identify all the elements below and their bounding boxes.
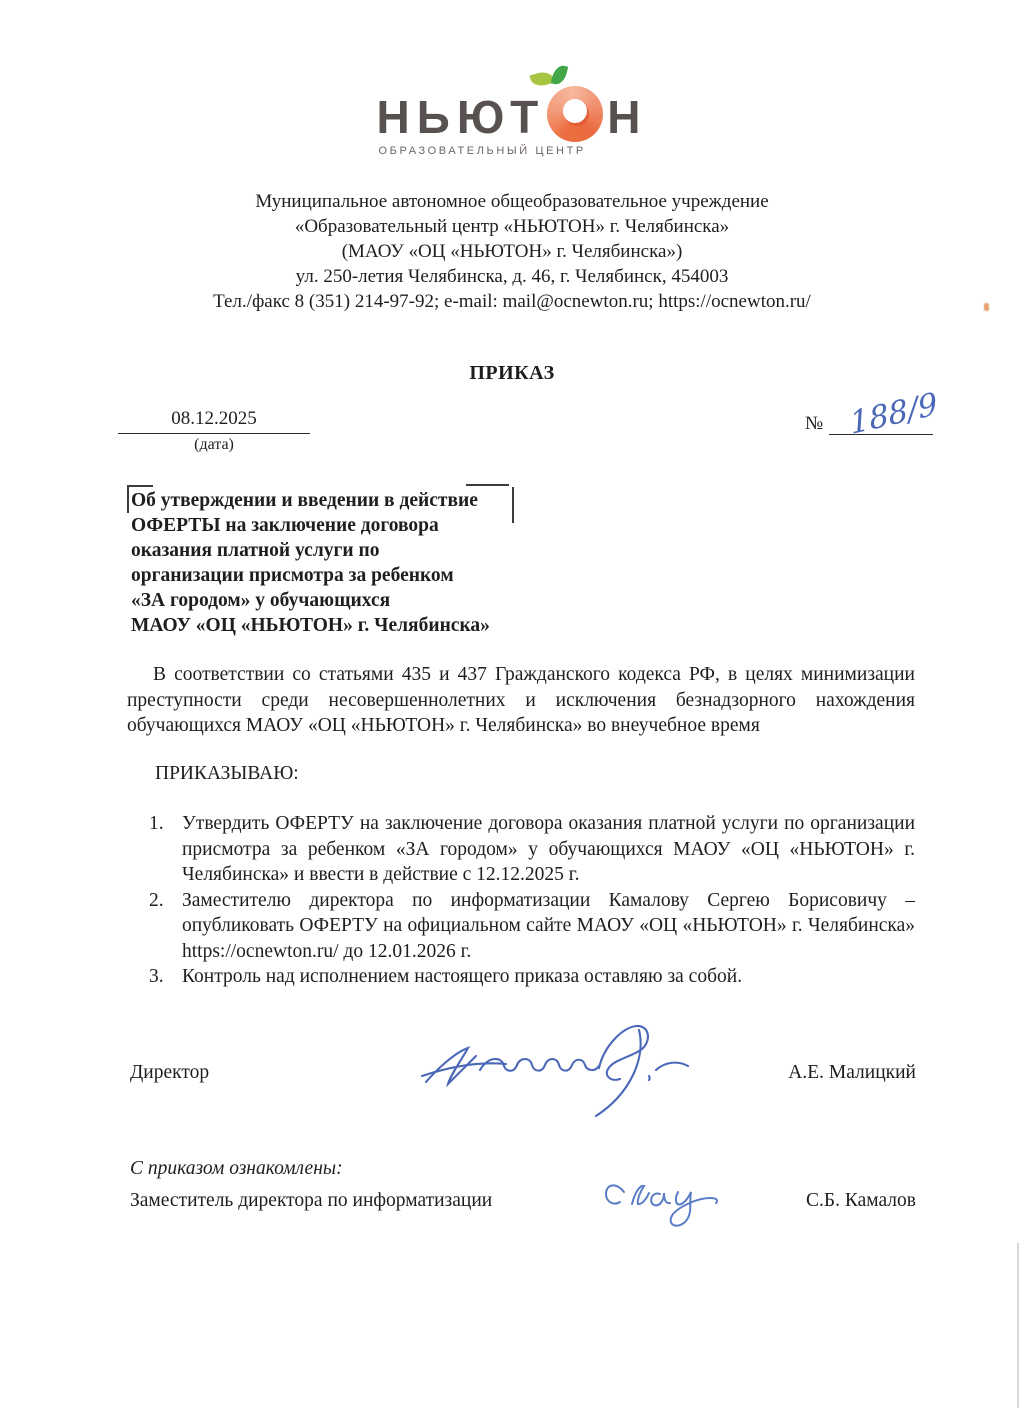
date-value: 08.12.2025 — [118, 408, 310, 434]
scan-artifact-line — [466, 484, 509, 486]
subject-line: оказания платной услуги по — [131, 538, 531, 563]
logo-orange-ring-icon — [547, 86, 603, 142]
item-number: 2. — [149, 888, 164, 914]
subject-line: МАОУ «ОЦ «НЬЮТОН» г. Челябинска» — [131, 613, 531, 638]
org-header-line: Тел./факс 8 (351) 214-97-92; e-mail: mai… — [0, 289, 1024, 314]
logo-text-right: Н — [607, 94, 647, 140]
org-header-line: (МАОУ «ОЦ «НЬЮТОН» г. Челябинска») — [0, 239, 1024, 264]
ack-heading: С приказом ознакомлены: — [130, 1158, 343, 1180]
order-subject: Об утверждении и введении в действие ОФЕ… — [131, 488, 531, 638]
deputy-name: С.Б. Камалов — [806, 1190, 916, 1212]
org-header: Муниципальное автономное общеобразовател… — [0, 189, 1024, 314]
subject-line: организации присмотра за ребенком — [131, 563, 531, 588]
number-sign: № — [805, 413, 823, 434]
director-name: А.Е. Малицкий — [788, 1062, 916, 1084]
item-text: Утвердить ОФЕРТУ на заключение договора … — [182, 813, 915, 885]
order-item: 3. Контроль над исполнением настоящего п… — [127, 964, 915, 990]
logo-subtitle: ОБРАЗОВАТЕЛЬНЫЙ ЦЕНТР — [379, 145, 586, 157]
command-word: ПРИКАЗЫВАЮ: — [155, 763, 299, 785]
deputy-signature-row: Заместитель директора по информатизации … — [130, 1190, 916, 1212]
scan-speck — [984, 303, 989, 311]
subject-line: «ЗА городом» у обучающихся — [131, 588, 531, 613]
scan-artifact-line — [128, 485, 153, 487]
org-header-line: «Образовательный центр «НЬЮТОН» г. Челяб… — [0, 214, 1024, 239]
item-text: Заместителю директора по информатизации … — [182, 890, 915, 962]
leaf-icon — [551, 64, 568, 87]
order-item: 1. Утвердить ОФЕРТУ на заключение догово… — [127, 811, 915, 888]
subject-line: ОФЕРТЫ на заключение договора — [131, 513, 531, 538]
newton-logo: НЬЮТ Н ОБРАЗОВАТЕЛЬНЫЙ ЦЕНТР — [0, 86, 1024, 140]
scan-artifact-line — [127, 485, 129, 513]
org-header-line: Муниципальное автономное общеобразовател… — [0, 189, 1024, 214]
org-header-line: ул. 250-летия Челябинска, д. 46, г. Челя… — [0, 264, 1024, 289]
order-number-block: № 188/9 — [805, 410, 933, 435]
director-signature — [418, 1018, 698, 1128]
subject-line: Об утверждении и введении в действие — [131, 488, 531, 513]
intro-paragraph: В соответствии со статьями 435 и 437 Гра… — [127, 662, 915, 739]
document-title: ПРИКАЗ — [0, 362, 1024, 385]
deputy-label: Заместитель директора по информатизации — [130, 1190, 492, 1212]
date-block: 08.12.2025 (дата) — [118, 408, 310, 454]
item-text: Контроль над исполнением настоящего прик… — [182, 966, 742, 987]
deputy-signature — [582, 1164, 732, 1254]
order-items: 1. Утвердить ОФЕРТУ на заключение догово… — [127, 811, 915, 990]
logo-text-left: НЬЮТ — [377, 94, 546, 140]
document-page: НЬЮТ Н ОБРАЗОВАТЕЛЬНЫЙ ЦЕНТР Муниципальн… — [0, 0, 1024, 1408]
date-label: (дата) — [118, 436, 310, 454]
item-number: 3. — [149, 964, 164, 990]
scan-edge-line — [1017, 1243, 1019, 1408]
director-label: Директор — [130, 1062, 209, 1084]
item-number: 1. — [149, 811, 164, 837]
order-item: 2. Заместителю директора по информатизац… — [127, 888, 915, 965]
scan-artifact-line — [512, 487, 514, 523]
